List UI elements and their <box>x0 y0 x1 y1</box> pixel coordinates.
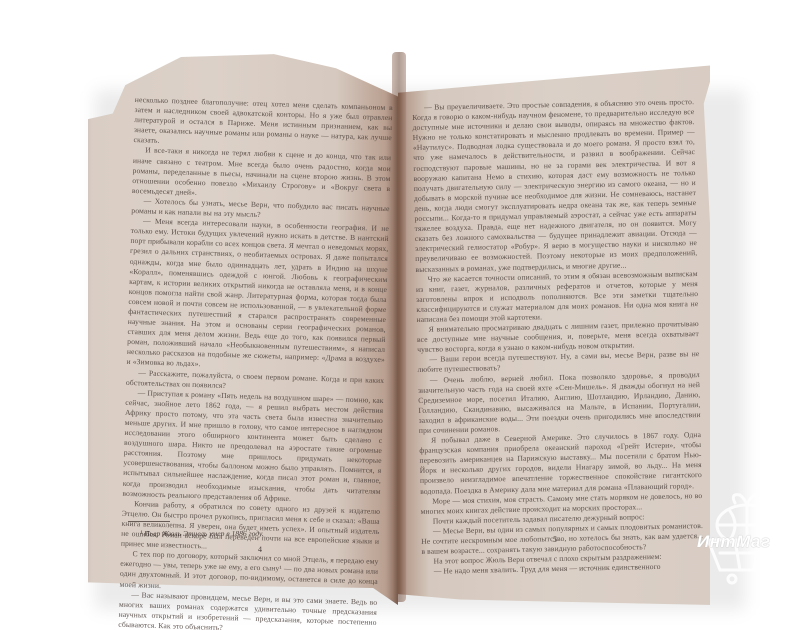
right-page-text: — Вы преувеличиваете. Это простые совпад… <box>412 97 704 577</box>
paragraph: Что же касается точности описаний, то эт… <box>416 269 699 325</box>
footnote-divider <box>128 521 170 522</box>
book-photo: несколько позднее благополучие: отец хот… <box>0 0 800 630</box>
paragraph: — Очень люблю, верней любил. Пока позвол… <box>418 370 701 436</box>
book-spine <box>392 52 406 602</box>
paragraph: — Приступая к роману «Пять недель на воз… <box>122 388 383 507</box>
page-number-right: 5 <box>553 535 557 544</box>
paragraph: — Вас называют провидцем, месье Верн, и … <box>118 589 377 630</box>
page-number-left: 4 <box>258 545 262 554</box>
paragraph: — Меня всегда интересовали науки, в особ… <box>126 216 389 375</box>
paragraph: — Вы преувеличиваете. Это простые совпад… <box>412 97 698 274</box>
paragraph: Кончив работу, я обратился по совету одн… <box>121 499 380 558</box>
left-page-text: несколько позднее благополучие: отец хот… <box>118 95 393 630</box>
paragraph: И все-таки я никогда не терял любви к сц… <box>132 145 391 204</box>
watermark-logo-text: ИнтМаг <box>697 532 771 552</box>
footnote: ¹ Пьер Жюль Этцель умер в 1886 году. <box>140 529 264 538</box>
paragraph: несколько позднее благополучие: отец хот… <box>133 95 392 154</box>
paragraph: Я побывал даже в Северной Америке. Это с… <box>419 430 702 496</box>
